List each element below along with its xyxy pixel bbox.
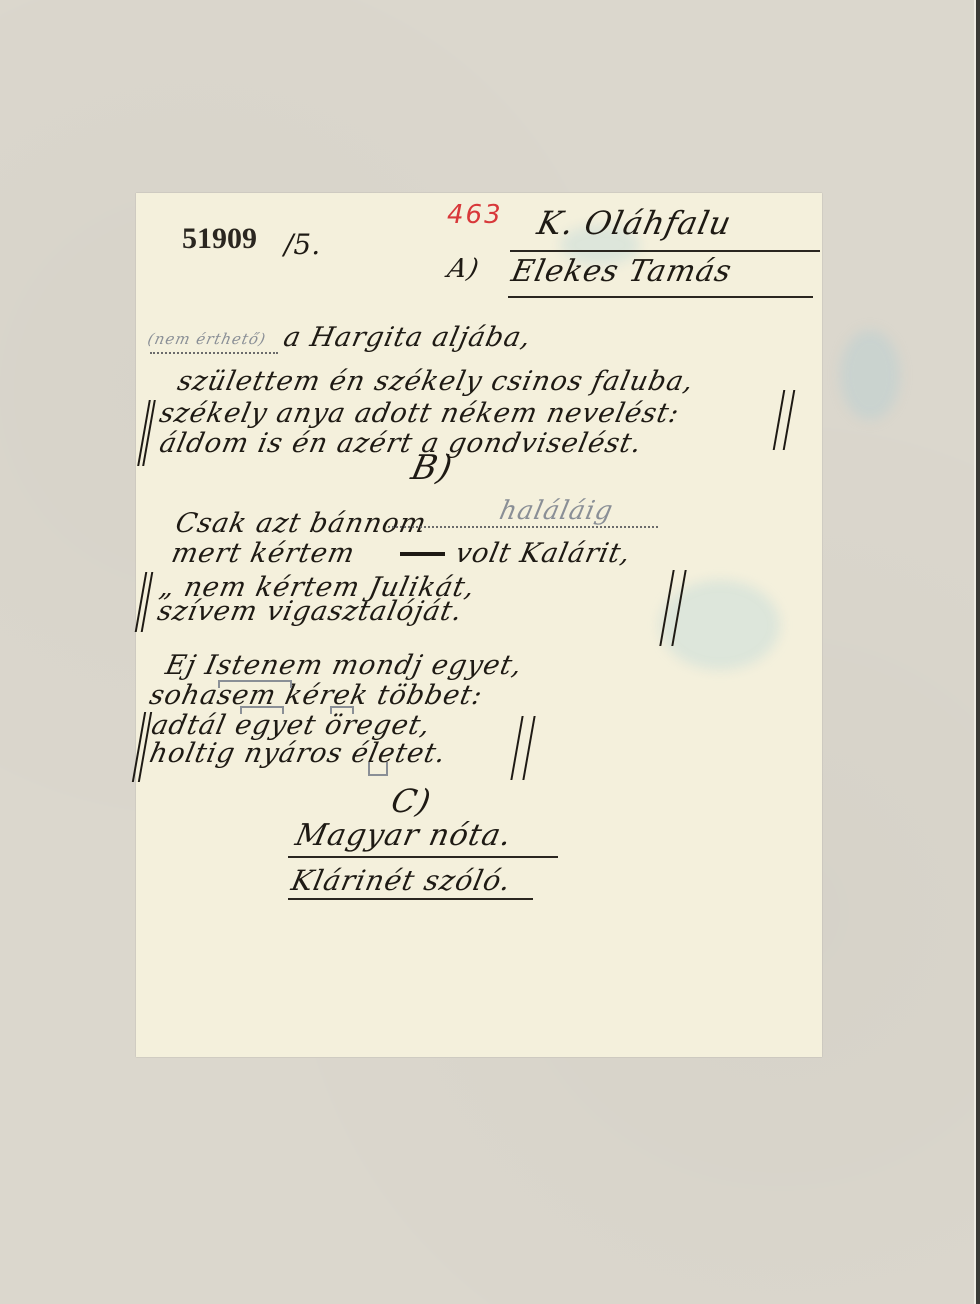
pencil-bracket [218, 680, 292, 688]
verse-b-line-2-start: mert kértem [169, 538, 358, 569]
informant-name: Elekes Tamás [508, 254, 735, 289]
catalog-number: 51909 [182, 222, 257, 256]
verse-b-line-1: Csak azt bánnom [173, 508, 430, 539]
verse-a-line-2: születtem én székely csinos faluba, [175, 366, 697, 397]
verse-a-line-1: a Hargita aljába, [281, 322, 534, 353]
stain [660, 580, 780, 670]
verse-a-line-3: székely anya adott nékem nevelést: [157, 398, 683, 429]
section-c-marker: C) [388, 782, 435, 820]
mount-edge [976, 0, 980, 1304]
catalog-suffix: /5. [284, 228, 320, 261]
genre-underline [288, 856, 558, 858]
stain [840, 330, 900, 420]
verse-c-line-4: holtig nyáros életet. [147, 738, 449, 769]
pencil-insert: haláláig [497, 496, 616, 526]
instrument-underline [288, 898, 533, 900]
verse-b-line-4: szívem vigasztalóját. [155, 596, 466, 627]
place-underline [510, 250, 820, 252]
pencil-bracket [240, 706, 284, 714]
verse-a-line-4: áldom is én azért a gondviselést. [157, 428, 645, 459]
red-number: 463 [447, 200, 503, 230]
instrument-label: Klárinét szóló. [288, 864, 514, 897]
place-name: K. Oláhfalu [534, 204, 735, 242]
section-b-marker: B) [408, 448, 457, 488]
pencil-bracket [368, 762, 388, 776]
struck-word [400, 552, 445, 556]
verse-b-line-2-end: volt Kalárit, [453, 538, 634, 569]
pencil-note: (nem érthető) [146, 330, 268, 348]
verse-c-line-2: sohasem kérek többet: [147, 680, 486, 711]
pencil-bracket [330, 706, 354, 714]
verse-c-line-3: adtál egyet öreget, [149, 710, 434, 741]
dotted-gap [150, 352, 278, 354]
informant-underline [508, 296, 813, 298]
dotted-gap [388, 526, 658, 528]
section-a-marker: A) [445, 254, 482, 284]
verse-c-line-1: Ej Istenem mondj egyet, [163, 650, 526, 681]
genre-label: Magyar nóta. [292, 818, 515, 853]
